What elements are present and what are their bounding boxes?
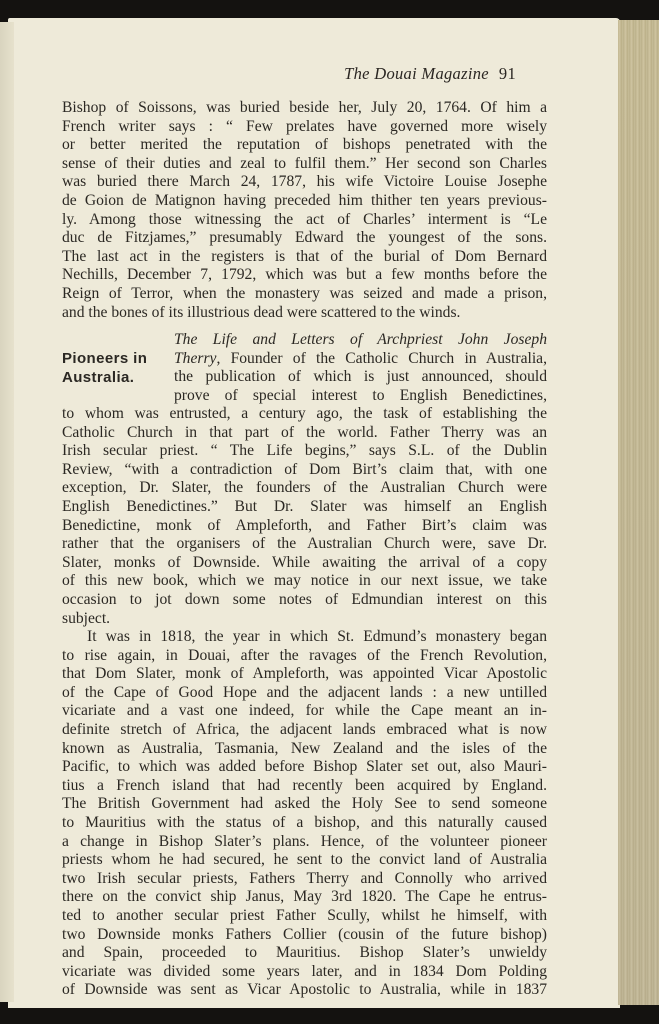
page-gutter [0, 22, 14, 1002]
text-line: Benedictine, monk of Ampleforth, and Fat… [62, 517, 547, 536]
sidenote-line: Pioneers in [62, 350, 147, 369]
text-line: Slater, monks of Downside. While awaitin… [62, 554, 547, 573]
text-line: and the bones of its illustrious dead we… [62, 304, 547, 323]
paragraph-1: Bishop of Soissons, was buried beside he… [62, 99, 547, 322]
text-line: Bishop of Soissons, was buried beside he… [62, 99, 547, 118]
text-line: prove of special interest to English Ben… [174, 387, 547, 406]
text-line: The last act in the registers is that of… [62, 248, 547, 267]
text-line: Therry, Founder of the Catholic Church i… [174, 350, 547, 369]
text-line: French writer says : “ Few prelates have… [62, 118, 547, 137]
text-line: or better merited the reputation of bish… [62, 136, 547, 155]
text-line: occasion to jot down some notes of Edmun… [62, 591, 547, 610]
text-line: to rise again, in Douai, after the ravag… [62, 647, 547, 666]
text-line: Review, “with a contradiction of Dom Bir… [62, 461, 547, 480]
text-line: of this new book, which we may notice in… [62, 572, 547, 591]
text-line: of Downside was sent as Vicar Apostolic … [62, 981, 547, 1000]
text-line: ted to another secular priest Father Scu… [62, 907, 547, 926]
sidenote-line: Australia. [62, 369, 147, 388]
text-line: duc de Fitzjames,” presumably Edward the… [62, 229, 547, 248]
page-edges-shade [618, 20, 659, 1005]
header-title: The Douai Magazine [344, 64, 489, 83]
text-line: a change in Bishop Slater’s plans. Hence… [62, 833, 547, 852]
text-line: vicariate was divided some years later, … [62, 963, 547, 982]
text-line: Catholic Church in that part of the worl… [62, 424, 547, 443]
paragraph-3: It was in 1818, the year in which St. Ed… [62, 628, 547, 1000]
text-line: The Life and Letters of Archpriest John … [174, 331, 547, 350]
page-number: 91 [499, 64, 516, 83]
text-line: de Goion de Matignon having preceded him… [62, 192, 547, 211]
text-line: two Downside monks Fathers Collier (cous… [62, 926, 547, 945]
text-line: priests whom he had secured, he sent to … [62, 851, 547, 870]
running-header: The Douai Magazine91 [344, 64, 516, 84]
text-line: ly. Among those witnessing the act of Ch… [62, 211, 547, 230]
text-line: Nechills, December 7, 1792, which was bu… [62, 266, 547, 285]
book-title: The Life and Letters of Archpriest John … [174, 331, 547, 348]
text-line: tius a French island that had recently b… [62, 777, 547, 796]
text-line: definite stretch of Africa, the adjacent… [62, 721, 547, 740]
text-line: Pacific, to which was added before Bisho… [62, 758, 547, 777]
text-line: of the Cape of Good Hope and the adjacen… [62, 684, 547, 703]
text-line: that Dom Slater, monk of Ampleforth, was… [62, 665, 547, 684]
text-line: rather that the organisers of the Austra… [62, 535, 547, 554]
text-line: to Mauritius with the status of a bishop… [62, 814, 547, 833]
text-line: there on the convict ship Janus, May 3rd… [62, 888, 547, 907]
text-line: was buried there March 24, 1787, his wif… [62, 173, 547, 192]
text-line: English Benedictines.” But Dr. Slater wa… [62, 498, 547, 517]
text-line: the publication of which is just announc… [174, 368, 547, 387]
section-sidenote: Pioneers in Australia. [62, 350, 147, 387]
text-line: to whom was entrusted, a century ago, th… [62, 405, 547, 424]
text-line: subject. [62, 610, 547, 629]
text-line: Irish secular priest. “ The Life begins,… [62, 442, 547, 461]
text-line: exception, Dr. Slater, the founders of t… [62, 479, 547, 498]
text-line: and Spain, proceeded to Mauritius. Bisho… [62, 944, 547, 963]
text-line: sense of their duties and zeal to fulfil… [62, 155, 547, 174]
text-line: The British Government had asked the Hol… [62, 795, 547, 814]
text-line: It was in 1818, the year in which St. Ed… [62, 628, 547, 647]
section-opening: The Life and Letters of Archpriest John … [174, 331, 547, 405]
text-line: known as Australia, Tasmania, New Zealan… [62, 740, 547, 759]
text-line: Reign of Terror, when the monastery was … [62, 285, 547, 304]
book-title-cont: Therry [174, 350, 216, 367]
section-body: to whom was entrusted, a century ago, th… [62, 405, 547, 628]
text-line: two Irish secular priests, Fathers Therr… [62, 870, 547, 889]
text-line: vicariate and a vast one indeed, for whi… [62, 702, 547, 721]
